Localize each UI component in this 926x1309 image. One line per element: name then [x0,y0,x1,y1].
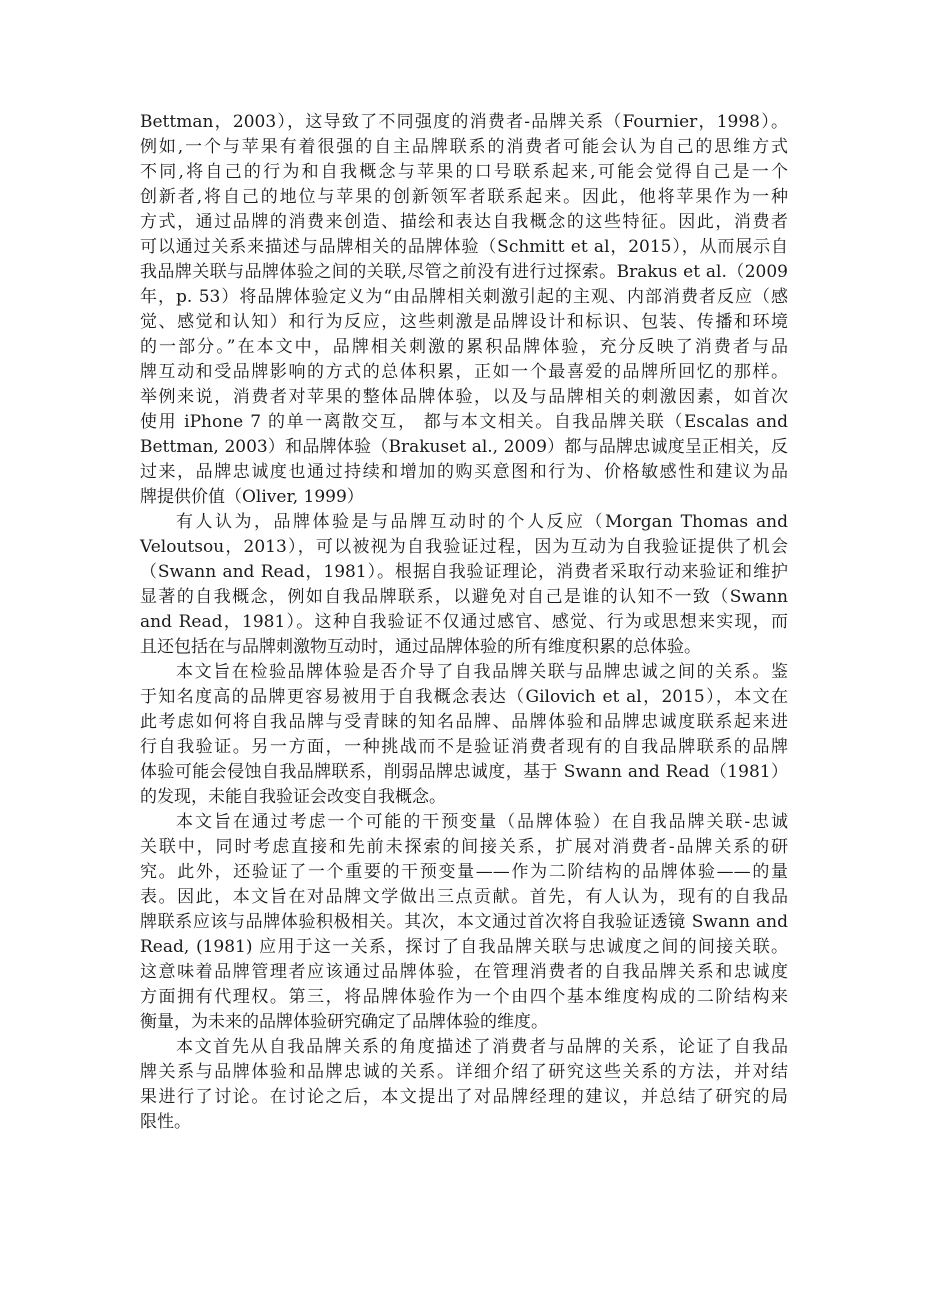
text-line: 体验可能会侵蚀自我品牌联系，削弱品牌忠诚度，基于 Swann and Read（… [140,760,788,785]
text-line: 此考虑如何将自我品牌与受青睐的知名品牌、品牌体验和品牌忠诚度联系起来进 [140,710,788,735]
text-line: Veloutsou，2013），可以被视为自我验证过程，因为互动为自我验证提供了… [140,535,788,560]
text-line: 衡量，为未来的品牌体验研究确定了品牌体验的维度。 [140,1010,788,1035]
text-line: 行自我验证。另一方面，一种挑战而不是验证消费者现有的自我品牌联系的品牌 [140,735,788,760]
text-line: Bettman, 2003）和品牌体验（Brakuset al., 2009）都… [140,435,788,460]
text-line: 方式，通过品牌的消费来创造、描绘和表达自我概念的这些特征。因此，消费者 [140,210,788,235]
text-line: 牌关系与品牌体验和品牌忠诚的关系。详细介绍了研究这些关系的方法，并对结 [140,1060,788,1085]
text-line: 过来，品牌忠诚度也通过持续和增加的购买意图和行为、价格敏感性和建议为品 [140,460,788,485]
paragraph-3: 本文旨在检验品牌体验是否介导了自我品牌关联与品牌忠诚之间的关系。鉴于知名度高的品… [140,660,788,810]
text-line: 本文旨在通过考虑一个可能的干预变量（品牌体验）在自我品牌关联-忠诚 [140,810,788,835]
text-line: 限性。 [140,1110,788,1135]
text-line: 表。因此，本文旨在对品牌文学做出三点贡献。首先，有人认为，现有的自我品 [140,885,788,910]
paragraph-1: Bettman，2003），这导致了不同强度的消费者-品牌关系（Fournier… [140,110,788,510]
text-line: 例如,一个与苹果有着很强的自主品牌联系的消费者可能会认为自己的思维方式 [140,135,788,160]
text-line: 可以通过关系来描述与品牌相关的品牌体验（Schmitt et al，2015），… [140,235,788,260]
text-line: 本文旨在检验品牌体验是否介导了自我品牌关联与品牌忠诚之间的关系。鉴 [140,660,788,685]
text-line: 于知名度高的品牌更容易被用于自我概念表达（Gilovich et al，2015… [140,685,788,710]
text-line: 的一部分。”在本文中，品牌相关刺激的累积品牌体验，充分反映了消费者与品 [140,335,788,360]
text-line: 牌联系应该与品牌体验积极相关。其次，本文通过首次将自我验证透镜 Swann an… [140,910,788,935]
text-line: 年，p. 53）将品牌体验定义为“由品牌相关刺激引起的主观、内部消费者反应（感 [140,285,788,310]
document-page: Bettman，2003），这导致了不同强度的消费者-品牌关系（Fournier… [140,110,788,1135]
text-line: Bettman，2003），这导致了不同强度的消费者-品牌关系（Fournier… [140,110,788,135]
text-line: and Read，1981）。这种自我验证不仅通过感官、感觉、行为或思想来实现，… [140,610,788,635]
text-line: Read, (1981) 应用于这一关系，探讨了自我品牌关联与忠诚度之间的间接关… [140,935,788,960]
text-line: 创新者,将自己的地位与苹果的创新领军者联系起来。因此，他将苹果作为一种 [140,185,788,210]
text-line: 的发现，未能自我验证会改变自我概念。 [140,785,788,810]
text-line: 举例来说，消费者对苹果的整体品牌体验，以及与品牌相关的刺激因素，如首次 [140,385,788,410]
text-line: 觉、感觉和认知）和行为反应，这些刺激是品牌设计和标识、包装、传播和环境 [140,310,788,335]
text-line: 且还包括在与品牌刺激物互动时，通过品牌体验的所有维度积累的总体验。 [140,635,788,660]
text-line: 不同,将自己的行为和自我概念与苹果的口号联系起来,可能会觉得自己是一个 [140,160,788,185]
text-line: 我品牌关联与品牌体验之间的关联,尽管之前没有进行过探索。Brakus et al… [140,260,788,285]
text-line: 本文首先从自我品牌关系的角度描述了消费者与品牌的关系，论证了自我品 [140,1035,788,1060]
text-line: 果进行了讨论。在讨论之后，本文提出了对品牌经理的建议，并总结了研究的局 [140,1085,788,1110]
text-line: 牌互动和受品牌影响的方式的总体积累，正如一个最喜爱的品牌所回忆的那样。 [140,360,788,385]
text-line: 方面拥有代理权。第三，将品牌体验作为一个由四个基本维度构成的二阶结构来 [140,985,788,1010]
text-line: 牌提供价值（Oliver, 1999） [140,485,788,510]
paragraph-5: 本文首先从自我品牌关系的角度描述了消费者与品牌的关系，论证了自我品牌关系与品牌体… [140,1035,788,1135]
text-line: 究。此外，还验证了一个重要的干预变量——作为二阶结构的品牌体验——的量 [140,860,788,885]
text-line: （Swann and Read，1981）。根据自我验证理论，消费者采取行动来验… [140,560,788,585]
paragraph-2: 有人认为，品牌体验是与品牌互动时的个人反应（Morgan Thomas andV… [140,510,788,660]
text-line: 显著的自我概念，例如自我品牌联系，以避免对自己是谁的认知不一致（Swann [140,585,788,610]
text-line: 使用 iPhone 7 的单一离散交互， 都与本文相关。自我品牌关联（Escal… [140,410,788,435]
paragraph-4: 本文旨在通过考虑一个可能的干预变量（品牌体验）在自我品牌关联-忠诚关联中，同时考… [140,810,788,1035]
text-line: 关联中，同时考虑直接和先前未探索的间接关系，扩展对消费者-品牌关系的研 [140,835,788,860]
text-line: 这意味着品牌管理者应该通过品牌体验，在管理消费者的自我品牌关系和忠诚度 [140,960,788,985]
text-line: 有人认为，品牌体验是与品牌互动时的个人反应（Morgan Thomas and [140,510,788,535]
